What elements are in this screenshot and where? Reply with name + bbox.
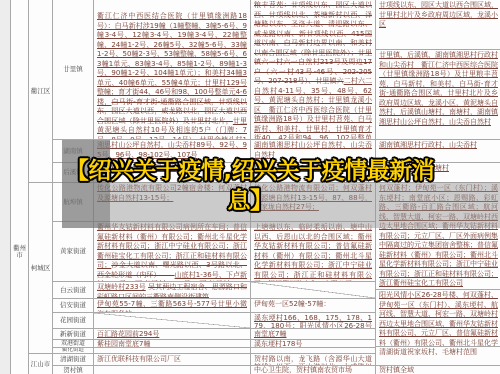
- zone-text: 廿项线以东、园区大道以西合围区域，廿里村北片及乡政府周边区域，龙溪小区: [379, 1, 498, 28]
- zone-text: 百汇路花园前294号: [97, 330, 159, 338]
- zone2-cell-xinxin: 南堂底7幢: [251, 329, 376, 340]
- zone-text: 南堂底7幢: [254, 330, 286, 338]
- zone2-cell-shuanggang: 溪东埂村178号: [251, 340, 376, 348]
- zone-text: 双塘岭村233号: [97, 283, 146, 291]
- zone3-cell-top-fragment: 廿项线以东、园区大道以西合围区域，廿里村北片及乡政府周边区域，龙溪小区: [376, 0, 500, 50]
- zone2-cell-qinghu: 贺村路以南，龙飞路（含源华山大道接线）以西，江山港以北，大成路以东合围区域: [251, 354, 376, 366]
- town-label: 黄家街道: [60, 248, 86, 255]
- zone-text: 贺村路以南，龙飞路（含源华山大道接线）以西，江山港以北，大成路以东合围区域: [254, 355, 372, 366]
- zone3-cell-hecun: 贺村镇全域: [376, 366, 500, 374]
- town-cell-baiyun: 白云街道: [53, 282, 94, 299]
- town-label: 双港街道: [61, 340, 85, 347]
- zone-text: 伊甸苑55-7幢、三衢路563号-577号廿里小微汽车服务站: [97, 300, 247, 313]
- district-label: 柯城区: [31, 265, 51, 272]
- zone-text: 紫桂园南堂底7幢: [97, 340, 150, 348]
- town-label: 新新街道: [60, 331, 86, 338]
- zone-text: 清湖街道祝家坂村、毛塘村范围: [379, 348, 477, 356]
- zone-text: 衢江仁济中西医结合医院（廿里镇缘洲路18号）：白马新村涉19幢（1幢整幢、3幢5…: [97, 12, 247, 106]
- zone3-cell-qinghu: 清湖街道祝家坂村、毛塘村范围: [376, 347, 500, 366]
- town-cell-xinxin: 新新街道: [53, 329, 94, 340]
- zone-text: 二村六二自然村4-11号、35号、48号、62号、黄泥塘头自然村；廿里镇龙溪小区…: [254, 77, 372, 140]
- zone-text-struck: 白马街-育才街-通衢路合围区域，廿项线以东，园区大道以西，威龙路以北，园区大道以…: [97, 98, 247, 125]
- watermark-title-line1: 【绍兴关于疫情,绍兴关于疫情最新消: [0, 156, 500, 186]
- zone-text: 中心卫生院，贺村镇南农贸市场: [254, 366, 352, 374]
- town-label: 花园街道: [60, 317, 86, 324]
- zone-text: 廿里镇、后溪镇、湖南镇湘思村行政村和山尖岙村 衢江仁济中西医综合医院（廿里镇缘洲…: [379, 51, 498, 126]
- zone-text: 阳光风情小区26-28号楼、何双蓬村、伊甸苑一区（东门村）、溪东埂村、航河线、智…: [379, 291, 498, 347]
- zone-text: 溪东埂村166、168、175、178、179、180号；阳光风情小区26-28…: [254, 314, 372, 329]
- zone1-cell-ganli: 衢江仁济中西医结合医院（廿里镇缘洲路18号）：白马新村涉19幢（1幢整幢、3幢5…: [94, 0, 251, 140]
- zone1-cell-qinghu: 浙江优联科技有限公司厂区: [94, 354, 251, 366]
- zone1-cell-xinan: 伊甸苑55-7幢、三衢路563号-577号廿里小微汽车服务站: [94, 299, 251, 313]
- zone1-cell-baiyun: 双塘岭村233号 吴其两边工程宿舍、思源路口和彩虹路口区间的三衢路南侧沿街建筑: [94, 282, 251, 299]
- town-label: 湖南镇: [63, 148, 83, 155]
- zone-text: 湖南镇湘思村行政村、山尖岙村: [379, 141, 477, 149]
- zone1-cell-hecun-empty: [94, 366, 251, 374]
- town-cell-ganli: 廿里镇: [53, 0, 94, 140]
- zone2-cell-hecun: 中心卫生院，贺村镇南农贸市场: [251, 366, 376, 374]
- zone2-cell-ganli: 粮丰苕苑：廿项线以东、园区大道以西、廿项线以北、茶塘新村以西、泽塘路以东、圣洛大…: [251, 0, 376, 140]
- zone1-cell-huayuan-empty: [94, 313, 251, 329]
- zone1-cell-huangjia: 衢州华友钴新材料有限公司病例所在车间；普信氟硅新材料（衢州）有限公司；衢州北斗星…: [94, 222, 251, 282]
- zone3-cell-qujiang: 廿里镇、后溪镇、湖南镇湘思村行政村和山尖岙村 衢江仁济中西医综合医院（廿里镇缘洲…: [376, 50, 500, 140]
- town-label: 贺村镇: [63, 367, 83, 374]
- zone2-cell-baiyun-empty: [251, 282, 376, 299]
- zone-text: 浙江优联科技有限公司厂区: [97, 355, 181, 363]
- zone2-cell-xinan: 伊甸苑一区52幢-57幢：: [251, 299, 376, 313]
- town-cell-qinghu: 清湖街道: [53, 354, 94, 366]
- zone3-cell-kecheng-b: 阳光风情小区26-28号楼、何双蓬村、伊甸苑一区（东门村）、溪东埂村、航河线、智…: [376, 290, 500, 347]
- zone2-cell-huayuan: 溪东埂村166、168、175、178、179、180号；阳光风情小区26-28…: [251, 313, 376, 329]
- town-cell-hecun: 贺村镇: [53, 366, 94, 374]
- town-label: 廿里镇: [63, 66, 83, 73]
- district-cell-jiangshan: 江山市: [29, 354, 53, 374]
- zone2-cell-huangjia: 上塘塘以东、临时柔垢以南、塘中山以西、后恩山以北的合围区域；衢州华友钴新材料有限…: [251, 222, 376, 282]
- screenshot-page: 衢州市 衢江区 柯城区 江山市 廿里镇 湖南镇 后溪镇 航埠镇 黄家街道 白云街…: [0, 0, 500, 374]
- town-label: 清湖街道: [60, 356, 86, 363]
- zone-text: 溪东埂村178号: [254, 340, 302, 348]
- zone-text: 贺村镇全域: [379, 366, 414, 374]
- town-cell-huayuan: 花园街道: [53, 313, 94, 329]
- zone-text-struck: 粮丰苕苑：廿项线以东、园区大道以西、廿项线以北、茶塘新村以西、泽塘路以东、圣洛大…: [254, 1, 372, 85]
- town-label: 白云街道: [60, 287, 86, 294]
- town-cell-xinan: 信安街道: [53, 299, 94, 313]
- district-label: 衢江区: [31, 88, 51, 95]
- town-cell-shuanggang: 双港街道: [53, 340, 94, 348]
- city-label: 衢州市: [11, 245, 28, 259]
- zone-text: 伊甸苑一区52幢-57幢：: [254, 300, 330, 308]
- zone-text: 上塘塘以东、临时柔垢以南、塘中山以西、后恩山以北的合围区域；衢州华友钴新材料有限…: [254, 223, 372, 282]
- watermark-title-line2: 息】: [0, 186, 500, 216]
- town-cell-huangjia: 黄家街道: [53, 222, 94, 282]
- zone1-cell-shuanggang: 紫桂园南堂底7幢: [94, 340, 251, 348]
- zone1-cell-xinxin: 百汇路花园前294号: [94, 329, 251, 340]
- town-label: 信安街道: [60, 302, 86, 309]
- district-label: 江山市: [31, 361, 51, 368]
